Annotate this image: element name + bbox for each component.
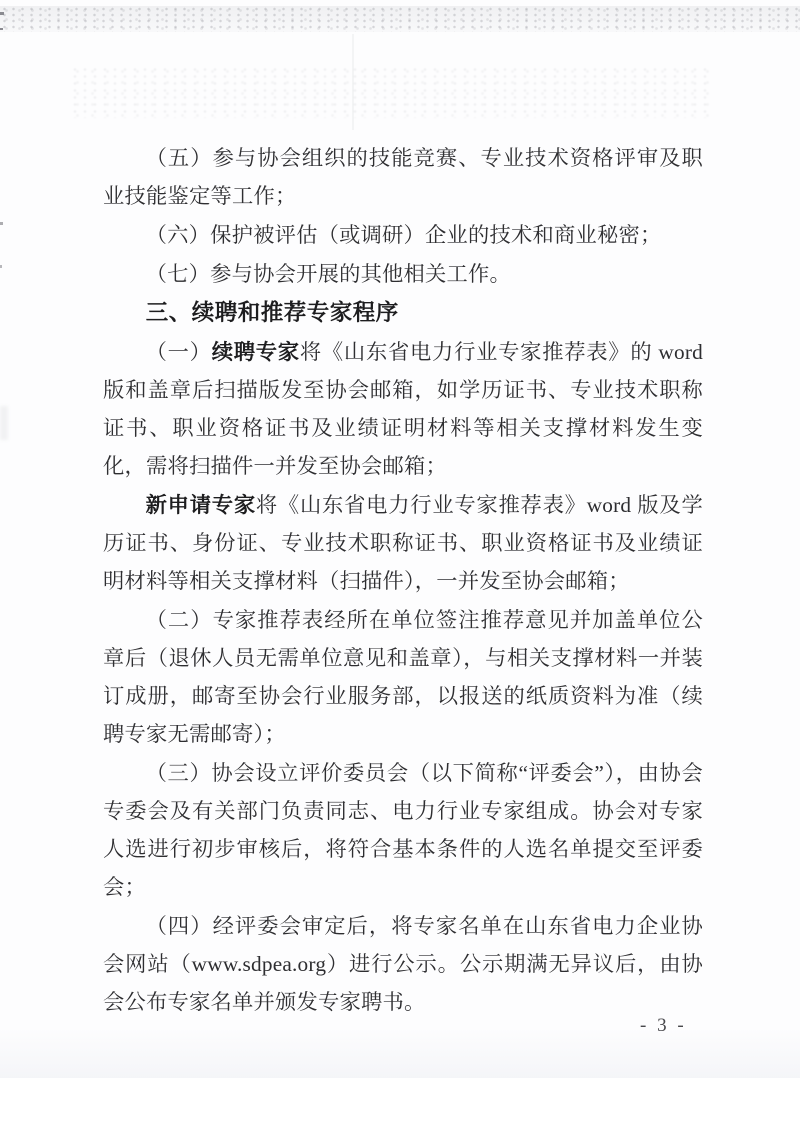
text-run: （三）协会设立评价委员会（以下简称“评委会”），由协会专委会及有关部门负责同志、… <box>103 761 703 899</box>
paragraph-6: 新申请专家将《山东省电力行业专家推荐表》word 版及学历证书、身份证、专业技术… <box>103 486 703 600</box>
text-run: （七）参与协会开展的其他相关工作。 <box>146 262 511 286</box>
document-body: （五）参与协会组织的技能竞赛、专业技术资格评审及职业技能鉴定等工作；（六）保护被… <box>103 139 703 1022</box>
text-run: （二）专家推荐表经所在单位签注推荐意见并加盖单位公章后（退休人员无需单位意见和盖… <box>103 608 703 746</box>
text-run: （一） <box>146 340 212 364</box>
scan-noise-upper-blotches <box>70 66 710 118</box>
scanned-page: （五）参与协会组织的技能竞赛、专业技术资格评审及职业技能鉴定等工作；（六）保护被… <box>0 0 800 1131</box>
page-number: - 3 - <box>640 1014 687 1038</box>
paragraph-1: （五）参与协会组织的技能竞赛、专业技术资格评审及职业技能鉴定等工作； <box>103 139 703 215</box>
text-run: （五）参与协会组织的技能竞赛、专业技术资格评审及职业技能鉴定等工作； <box>103 146 703 208</box>
section-heading: 三、续聘和推荐专家程序 <box>103 294 703 332</box>
paragraph-7: （二）专家推荐表经所在单位签注推荐意见并加盖单位公章后（退休人员无需单位意见和盖… <box>103 601 703 753</box>
scan-noise-top-band <box>0 6 800 32</box>
scan-edge-speck <box>0 28 3 30</box>
scan-edge-speck <box>0 12 4 15</box>
scan-edge-speck <box>0 222 3 225</box>
paragraph-8: （三）协会设立评价委员会（以下简称“评委会”），由协会专委会及有关部门负责同志、… <box>103 754 703 906</box>
scan-edge-smudge <box>0 406 8 440</box>
paragraph-9: （四）经评委会审定后，将专家名单在山东省电力企业协会网站（www.sdpea.o… <box>103 907 703 1021</box>
paragraph-3: （七）参与协会开展的其他相关工作。 <box>103 255 703 293</box>
text-run: （四）经评委会审定后，将专家名单在山东省电力企业协会网站（www.sdpea.o… <box>103 914 703 1014</box>
paragraph-5: （一）续聘专家将《山东省电力行业专家推荐表》的 word 版和盖章后扫描版发至协… <box>103 333 703 485</box>
paragraph-2: （六）保护被评估（或调研）企业的技术和商业秘密； <box>103 216 703 254</box>
scan-vertical-streak <box>352 34 354 130</box>
text-run: （六）保护被评估（或调研）企业的技术和商业秘密； <box>146 223 662 247</box>
scan-edge-speck <box>0 265 2 268</box>
emphasized-text-run: 三、续聘和推荐专家程序 <box>146 300 399 325</box>
scan-bottom-white-strip <box>0 1078 800 1131</box>
emphasized-text-run: 新申请专家 <box>146 493 256 517</box>
emphasized-text-run: 续聘专家 <box>212 340 300 364</box>
